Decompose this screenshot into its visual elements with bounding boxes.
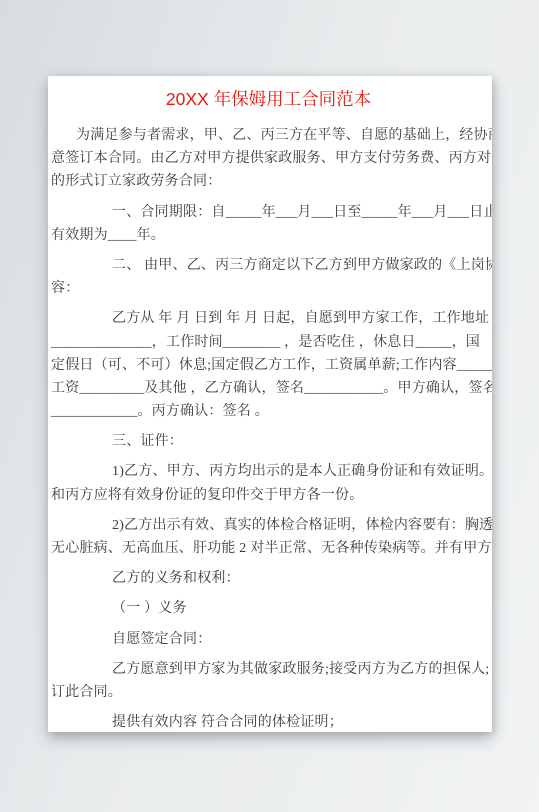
document-line: （一 ）义务 — [51, 597, 486, 620]
document-line: 有效期为____年。 — [51, 224, 486, 247]
document-line: 和丙方应将有效身份证的复印件交于甲方各一份。 — [51, 484, 486, 507]
document-line: 工资_________及其他 ，乙方确认，签名___________。甲方确认，… — [51, 377, 486, 400]
document-line: 意签订本合同。由乙方对甲方提供家政服务、甲方支付劳务费、丙方对乙方担保 — [51, 147, 486, 170]
document-page: 20XX 年保姆用工合同范本 为满足参与者需求，甲、乙、丙三方在平等、自愿的基础… — [48, 76, 492, 732]
document-title: 20XX 年保姆用工合同范本 — [51, 88, 486, 110]
document-line: ____________。丙方确认：签名 。 — [51, 400, 486, 423]
document-line: 订此合同。 — [51, 681, 486, 704]
document-line: 乙方从 年 月 日到 年 月 日起，自愿到甲方家工作，工作地址 — [51, 307, 486, 330]
document-line: 一、合同期限：自_____年___月___日至_____年___月___日止， — [51, 201, 486, 224]
document-line: 无心脏病、无高血压、肝功能 2 对半正常、无各种传染病等。并有甲方保管； — [51, 537, 486, 560]
document-line: 乙方的义务和权利： — [51, 567, 486, 590]
document-line: 1)乙方、甲方、丙方均出示的是本人正确身份证和有效证明。并乙方 — [51, 460, 486, 483]
document-line: 三、证件： — [51, 430, 486, 453]
backdrop: 20XX 年保姆用工合同范本 为满足参与者需求，甲、乙、丙三方在平等、自愿的基础… — [0, 0, 539, 812]
document-line: 提供有效内容 符合合同的体检证明； — [51, 711, 486, 732]
document-line: 容： — [51, 277, 486, 300]
document-line: 乙方愿意到甲方家为其做家政服务;接受丙方为乙方的担保人;自愿签 — [51, 658, 486, 681]
document-line: 定假日（可、不可）休息;国定假乙方工作，工资属单薪;工作内容__________ — [51, 354, 486, 377]
document-line: 二、 由甲、乙、丙三方商定以下乙方到甲方做家政的《上岗协议》内 — [51, 254, 486, 277]
document-line: 的形式订立家政劳务合同： — [51, 170, 486, 193]
document-line: 2)乙方出示有效、真实的体检合格证明，体检内容要有：胸透正常、 — [51, 514, 486, 537]
document-line: 自愿签定合同： — [51, 628, 486, 651]
document-line: ______________，工作时间________ ，是否吃住 ，休息日__… — [51, 331, 486, 354]
document-line: 为满足参与者需求，甲、乙、丙三方在平等、自愿的基础上，经协商一致同 — [51, 124, 486, 147]
